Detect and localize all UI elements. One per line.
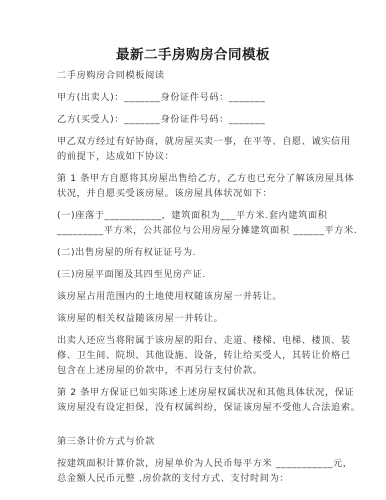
article-2-line-2: 该房屋没有设定担保，没有权属纠纷，保证该房屋不受他人合法追索。	[57, 399, 360, 416]
item-3-line: (三)房屋平面图及其四至见房产证.	[57, 266, 206, 283]
item-1-line-2: _________平方米，公共部位与公用房屋分摊建筑面积 ______平方米.	[57, 222, 357, 239]
article-1-line-2: 状况，并自愿买受该房屋。该房屋具体状况如下：	[57, 185, 272, 202]
party-a-line: 甲方(出卖人)：_______身份证件号码：_______	[57, 89, 265, 106]
subtitle: 二手房购房合同模板阅读	[57, 67, 165, 84]
item-2-line: (二)出售房屋的所有权证证号为.	[57, 244, 196, 261]
price-line-2: 总金额人民币元整 ,房价款的支付方式、支付时间为：	[57, 470, 289, 487]
party-b-line: 乙方(买受人)：_______身份证件号码：_______	[57, 111, 265, 128]
attachments-line-3: 包含在上述房屋的价款中，不再另行支付价款。	[57, 362, 263, 379]
land-use-line: 该房屋占用范围内的土地使用权随该房屋一并转让。	[57, 288, 282, 305]
document-page: 最新二手房购房合同模板 二手房购房合同模板阅读 甲方(出卖人)：_______身…	[0, 0, 386, 500]
document-title: 最新二手房购房合同模板	[0, 43, 386, 63]
preamble-line-2: 的前提下，达成如下协议：	[57, 148, 174, 165]
rights-line: 该房屋的相关权益随该房屋一并转让。	[57, 310, 223, 327]
article-3-heading: 第三条计价方式与价款	[57, 433, 155, 450]
